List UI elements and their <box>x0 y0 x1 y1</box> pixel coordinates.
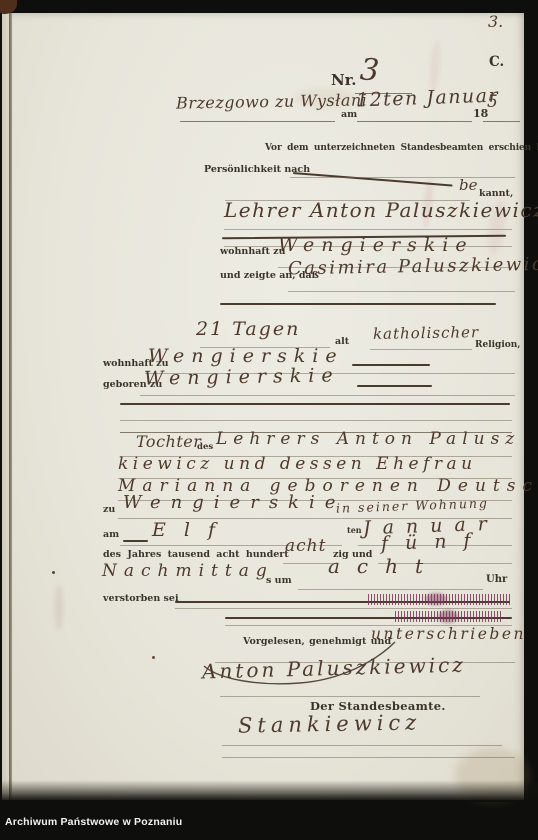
age-handwriting: 21 Tagen <box>196 320 300 339</box>
ruled-line <box>140 395 515 396</box>
relation-handwriting: Tochter <box>136 434 201 450</box>
zu-label: zu <box>103 505 115 515</box>
am-label: am <box>341 110 357 120</box>
page-number: 3. <box>488 14 503 30</box>
ink-smudge <box>425 593 447 605</box>
ten-label: ten <box>347 526 362 534</box>
ink-dash <box>123 540 148 542</box>
declarant-signature: Anton Paluszkiewicz <box>202 655 466 682</box>
deceased-label: verstorben sei <box>103 594 179 604</box>
ink-dash <box>120 403 510 405</box>
archive-watermark: Archiwum Państwowe w Poznaniu <box>5 816 182 828</box>
header-place-handwriting: Brzezgowo zu Wysłani <box>176 92 368 111</box>
known-handwriting: be <box>459 178 477 193</box>
ink-smudge <box>438 610 458 623</box>
religion-label: Religion, <box>475 341 520 350</box>
deceased-name-handwriting: Casimira Paluszkiewicz <box>288 256 538 279</box>
page-bottom-shadow <box>0 780 538 802</box>
year-ones-handwriting: fünf <box>381 531 488 554</box>
birthplace-handwriting: Wengierskie <box>144 366 340 388</box>
ruled-line <box>298 589 483 590</box>
ink-speck <box>152 656 155 659</box>
daytime-handwriting: Nachmittag <box>102 563 274 580</box>
ruled-line <box>290 177 515 178</box>
ruled-line <box>357 121 472 122</box>
uhr-label: Uhr <box>486 575 507 585</box>
form-letter-label: C. <box>489 56 504 70</box>
year-handwriting: 5 <box>487 94 498 111</box>
ruled-line <box>222 757 515 758</box>
des-label: des <box>197 443 213 452</box>
declarant-residence-label: wohnhaft zu <box>220 247 285 257</box>
ruled-line <box>288 291 515 292</box>
ruled-line <box>180 121 335 122</box>
year-line-label: des Jahres tausend acht hundert <box>103 550 289 560</box>
s-um-label: s um <box>266 576 292 586</box>
record-number-value: 3 <box>359 55 380 86</box>
ink-dash <box>357 385 432 387</box>
father-handwriting: Lehrers Anton Palusz <box>216 431 520 448</box>
declarant-residence-handwriting: Wengierskie <box>278 236 474 255</box>
ruled-line <box>370 349 472 350</box>
ruled-line <box>222 745 502 746</box>
ruled-line <box>175 608 512 609</box>
ruled-line <box>220 696 480 697</box>
ruled-line <box>283 563 333 564</box>
page-edge-strip <box>2 13 9 800</box>
stain <box>55 585 63 630</box>
ink-dash <box>352 364 430 366</box>
binding-corner <box>0 0 17 14</box>
death-place-handwriting: Wengierskie <box>123 494 345 512</box>
ruled-line <box>483 121 520 122</box>
death-line2-handwriting: kiewicz und dessen Ehefrau <box>118 456 477 473</box>
death-am-label: am <box>103 530 119 540</box>
ink-speck <box>52 571 55 574</box>
death-day-handwriting: Elf <box>152 521 233 540</box>
hour-handwriting: acht <box>328 556 440 576</box>
ink-dash <box>220 303 496 305</box>
deceased-residence-handwriting: Wengierskie <box>148 347 344 366</box>
religion-handwriting: katholischer <box>373 325 479 342</box>
record-number-label: Nr. <box>331 73 356 88</box>
ruled-line <box>224 229 512 230</box>
year-tens-handwriting: acht <box>285 538 326 555</box>
binding-gutter-shadow <box>9 13 12 800</box>
registrar-signature: Stankiewicz <box>238 712 422 736</box>
scanned-register-page: 3. C. Nr. 3 Brzezgowo zu Wysłani am 12te… <box>0 0 538 840</box>
declarant-name-handwriting: Lehrer Anton Paluszkiewicz <box>224 200 538 220</box>
ruled-line <box>120 420 512 421</box>
opening-line: Vor dem unterzeichneten Standesbeamten e… <box>265 144 538 153</box>
